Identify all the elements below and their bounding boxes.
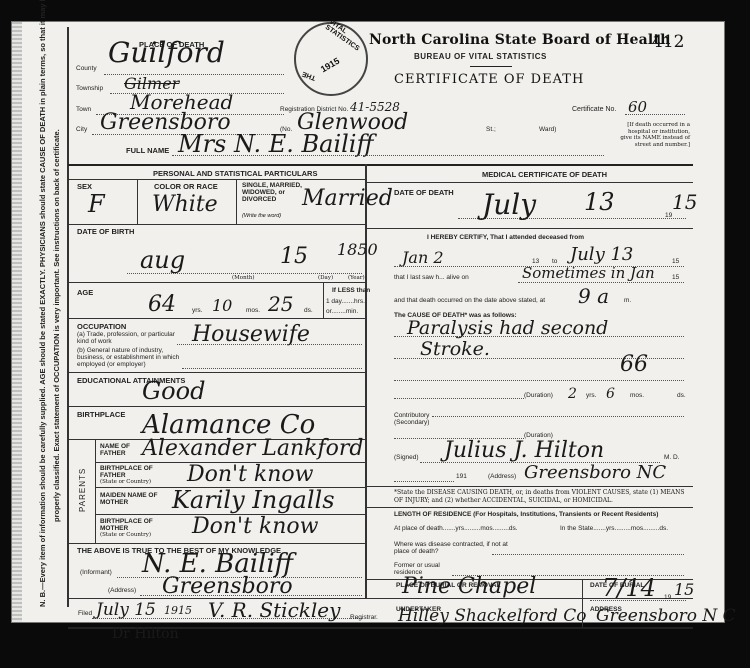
marital-value: Married bbox=[302, 186, 393, 211]
death-certificate: N. B.—Every item of information should b… bbox=[12, 22, 724, 622]
age-days-value: 25 bbox=[268, 292, 293, 316]
undertaker-address-value: Greensboro N C bbox=[596, 606, 736, 626]
medical-section-title: MEDICAL CERTIFICATE OF DEATH bbox=[482, 170, 607, 179]
occupation-b-label: (b) General nature of industry, business… bbox=[77, 347, 187, 368]
dob-month-value: aug bbox=[140, 246, 185, 274]
race-label: COLOR OR RACE bbox=[154, 182, 218, 191]
stamp-the: THE bbox=[301, 70, 317, 81]
attended-to-value: July 13 bbox=[570, 244, 633, 265]
registrar-label: Registrar. bbox=[350, 614, 378, 621]
personal-section-title: PERSONAL AND STATISTICAL PARTICULARS bbox=[153, 169, 317, 178]
rule bbox=[68, 179, 365, 180]
full-name-value: Mrs N. E. Bailiff bbox=[178, 130, 373, 158]
last-seen-value: Sometimes in Jan bbox=[522, 264, 655, 282]
race-value: White bbox=[152, 192, 218, 217]
rule bbox=[137, 179, 138, 224]
center-divider bbox=[365, 164, 367, 599]
certificate-value: 60 bbox=[628, 98, 647, 116]
dod-day-value: 13 bbox=[584, 188, 615, 216]
mother-birthplace-value: Don't know bbox=[192, 514, 319, 539]
father-name-label: NAME OF FATHER bbox=[100, 443, 140, 457]
rule bbox=[365, 507, 693, 508]
dod-year-value: 15 bbox=[672, 190, 697, 214]
dob-year-value: 1850 bbox=[337, 240, 378, 259]
full-name-label: FULL NAME bbox=[126, 146, 169, 155]
duration-mos-value: 6 bbox=[606, 386, 615, 402]
rule bbox=[365, 182, 693, 183]
attended-from-value: Jan 2 bbox=[402, 248, 444, 267]
filed-label: Filed bbox=[78, 610, 92, 617]
state-country-label: (State or Country) bbox=[100, 532, 151, 538]
undertaker-value: Hilley Shackelford Co bbox=[398, 606, 586, 626]
burial-year-prefix: 19 bbox=[664, 594, 671, 601]
cause-code-value: 66 bbox=[620, 352, 648, 377]
last-seen-label: that I last saw h... alive on bbox=[394, 274, 469, 281]
physician-signature: Julius J. Hilton bbox=[444, 438, 604, 463]
ds-label: ds. bbox=[304, 307, 313, 314]
marital-note: (Write the word) bbox=[242, 213, 281, 219]
registrar-value: V. R. Stickley bbox=[208, 598, 340, 622]
state-country-label: (State or Country) bbox=[100, 479, 151, 485]
filed-year-value: 1915 bbox=[164, 604, 192, 617]
vital-statistics-stamp: VITAL STATISTICS 1915 THE bbox=[294, 22, 368, 96]
duration-line bbox=[394, 398, 524, 399]
day-label: (Day) bbox=[318, 275, 333, 281]
st-label: St.; bbox=[486, 126, 496, 133]
physician-address-value: Greensboro NC bbox=[524, 462, 666, 483]
margin-instructions-line2: properly classified. Exact statement of … bbox=[52, 129, 61, 522]
age-label: AGE bbox=[77, 288, 93, 297]
rule bbox=[365, 486, 693, 487]
record-number: 412 bbox=[652, 32, 684, 52]
burial-year-value: 15 bbox=[674, 580, 694, 599]
age-months-value: 10 bbox=[212, 296, 232, 315]
sex-value: F bbox=[88, 190, 105, 218]
dod-month-value: July bbox=[482, 188, 536, 221]
margin-instructions-line1: N. B.—Every item of information should b… bbox=[38, 0, 47, 607]
mother-birthplace-label: BIRTHPLACE OF MOTHER bbox=[100, 518, 160, 532]
father-birthplace-label: BIRTHPLACE OF FATHER bbox=[100, 465, 160, 479]
dob-label: DATE OF BIRTH bbox=[77, 227, 134, 236]
birthplace-label: BIRTHPLACE bbox=[77, 410, 125, 419]
contracted-label: Where was disease contracted, if not at … bbox=[394, 541, 514, 555]
rule bbox=[68, 318, 365, 319]
rule bbox=[68, 224, 365, 225]
attended-to-year: 15 bbox=[672, 258, 679, 265]
yrs-label: yrs. bbox=[192, 307, 202, 314]
at-place-label: At place of death.......yrs.........mos.… bbox=[394, 525, 518, 532]
certificate-label: Certificate No. bbox=[572, 106, 616, 113]
informant-address-value: Greensboro bbox=[162, 574, 293, 599]
father-name-value: Alexander Lankford bbox=[142, 436, 363, 461]
burial-place-value: Pine Chapel bbox=[402, 574, 536, 599]
occurred-label: and that death occurred on the date abov… bbox=[394, 297, 545, 304]
sign-date-line bbox=[394, 481, 454, 482]
certificate-title: CERTIFICATE OF DEATH bbox=[394, 72, 584, 87]
last-seen-year: 15 bbox=[672, 274, 679, 281]
mos-label: mos. bbox=[246, 307, 260, 314]
residence-label: LENGTH OF RESIDENCE (For Hospitals, Inst… bbox=[394, 511, 658, 518]
rule bbox=[68, 543, 365, 544]
occupation-value: Housewife bbox=[192, 322, 310, 347]
duration-ds-label: ds. bbox=[677, 392, 686, 399]
rule bbox=[95, 439, 96, 544]
county-value: Guilford bbox=[108, 36, 225, 69]
last-seen-line bbox=[518, 282, 684, 283]
ward-label: Ward) bbox=[539, 126, 556, 133]
stamp-year: 1915 bbox=[319, 56, 341, 75]
stamp-text: VITAL STATISTICS bbox=[324, 18, 366, 54]
town-label: Town bbox=[76, 106, 91, 113]
informant-label: (Informant) bbox=[80, 569, 112, 576]
month-label: (Month) bbox=[232, 275, 255, 281]
rule bbox=[68, 372, 365, 373]
marital-label: SINGLE, MARRIED, WIDOWED, or DIVORCED bbox=[242, 182, 302, 203]
cause-footnote: *State the DISEASE CAUSING DEATH, or, in… bbox=[394, 489, 694, 505]
duration-yrs-label: yrs. bbox=[586, 392, 596, 399]
filed-date-value: July 15 bbox=[96, 600, 156, 620]
industry-line bbox=[182, 368, 362, 369]
dod-label: DATE OF DEATH bbox=[394, 188, 454, 197]
rule bbox=[68, 406, 365, 407]
duration-mos-label: mos. bbox=[630, 392, 644, 399]
rule bbox=[365, 228, 693, 229]
mother-name-label: MAIDEN NAME OF MOTHER bbox=[100, 492, 160, 506]
rule bbox=[323, 282, 324, 318]
state-board-title: North Carolina State Board of Health bbox=[369, 32, 671, 48]
rule bbox=[68, 598, 693, 599]
age-years-value: 64 bbox=[148, 292, 176, 317]
county-label: County bbox=[76, 65, 97, 72]
cause-line1-value: Paralysis had second bbox=[407, 317, 608, 339]
or-min-label: or........min. bbox=[326, 308, 358, 315]
father-birthplace-value: Don't know bbox=[187, 462, 314, 487]
less-than-label: If LESS than bbox=[332, 287, 370, 294]
time-value: 9 a bbox=[578, 284, 609, 308]
rule-top bbox=[68, 164, 693, 166]
m-label: m. bbox=[624, 297, 631, 304]
cause-line-3 bbox=[394, 380, 684, 381]
certify-text: I HEREBY CERTIFY, That I attended deceas… bbox=[427, 234, 584, 241]
margin-note: Dr Hilton bbox=[112, 626, 179, 642]
occupation-a-label: (a) Trade, profession, or particular kin… bbox=[77, 331, 187, 345]
duration-label: (Duration) bbox=[524, 392, 553, 399]
physician-address-label: (Address) bbox=[488, 473, 516, 480]
year-label: (Year) bbox=[348, 275, 365, 281]
duration-yrs-value: 2 bbox=[568, 386, 577, 402]
rule bbox=[236, 179, 237, 224]
cause-line2-value: Stroke. bbox=[420, 338, 490, 360]
contracted-line bbox=[492, 554, 684, 555]
occupation-label: OCCUPATION bbox=[77, 322, 126, 331]
mother-name-value: Karily Ingalls bbox=[172, 486, 335, 514]
township-label: Township bbox=[76, 85, 103, 92]
in-state-label: In the State.......yrs.........mos......… bbox=[560, 525, 668, 532]
bureau-title: BUREAU OF VITAL STATISTICS bbox=[414, 52, 547, 61]
signed-label: (Signed) bbox=[394, 454, 419, 461]
parents-label: PARENTS bbox=[78, 468, 87, 512]
dob-day-value: 15 bbox=[280, 244, 308, 269]
header-rule bbox=[470, 66, 512, 67]
education-value: Good bbox=[142, 377, 205, 405]
rule bbox=[68, 282, 365, 283]
address-label: (Address) bbox=[108, 587, 136, 594]
left-border bbox=[67, 27, 69, 607]
sign-year-label: 191 bbox=[456, 473, 467, 480]
hospital-note: [If death occurred in a hospital or inst… bbox=[620, 122, 690, 148]
burial-date-value: 7/14 bbox=[602, 574, 656, 602]
city-label: City bbox=[76, 126, 87, 133]
contributory-label: Contributory (Secondary) bbox=[394, 412, 454, 426]
md-label: M. D. bbox=[664, 454, 680, 461]
day-hrs-label: 1 day.......hrs. bbox=[326, 298, 365, 305]
contributory-line bbox=[432, 416, 684, 417]
